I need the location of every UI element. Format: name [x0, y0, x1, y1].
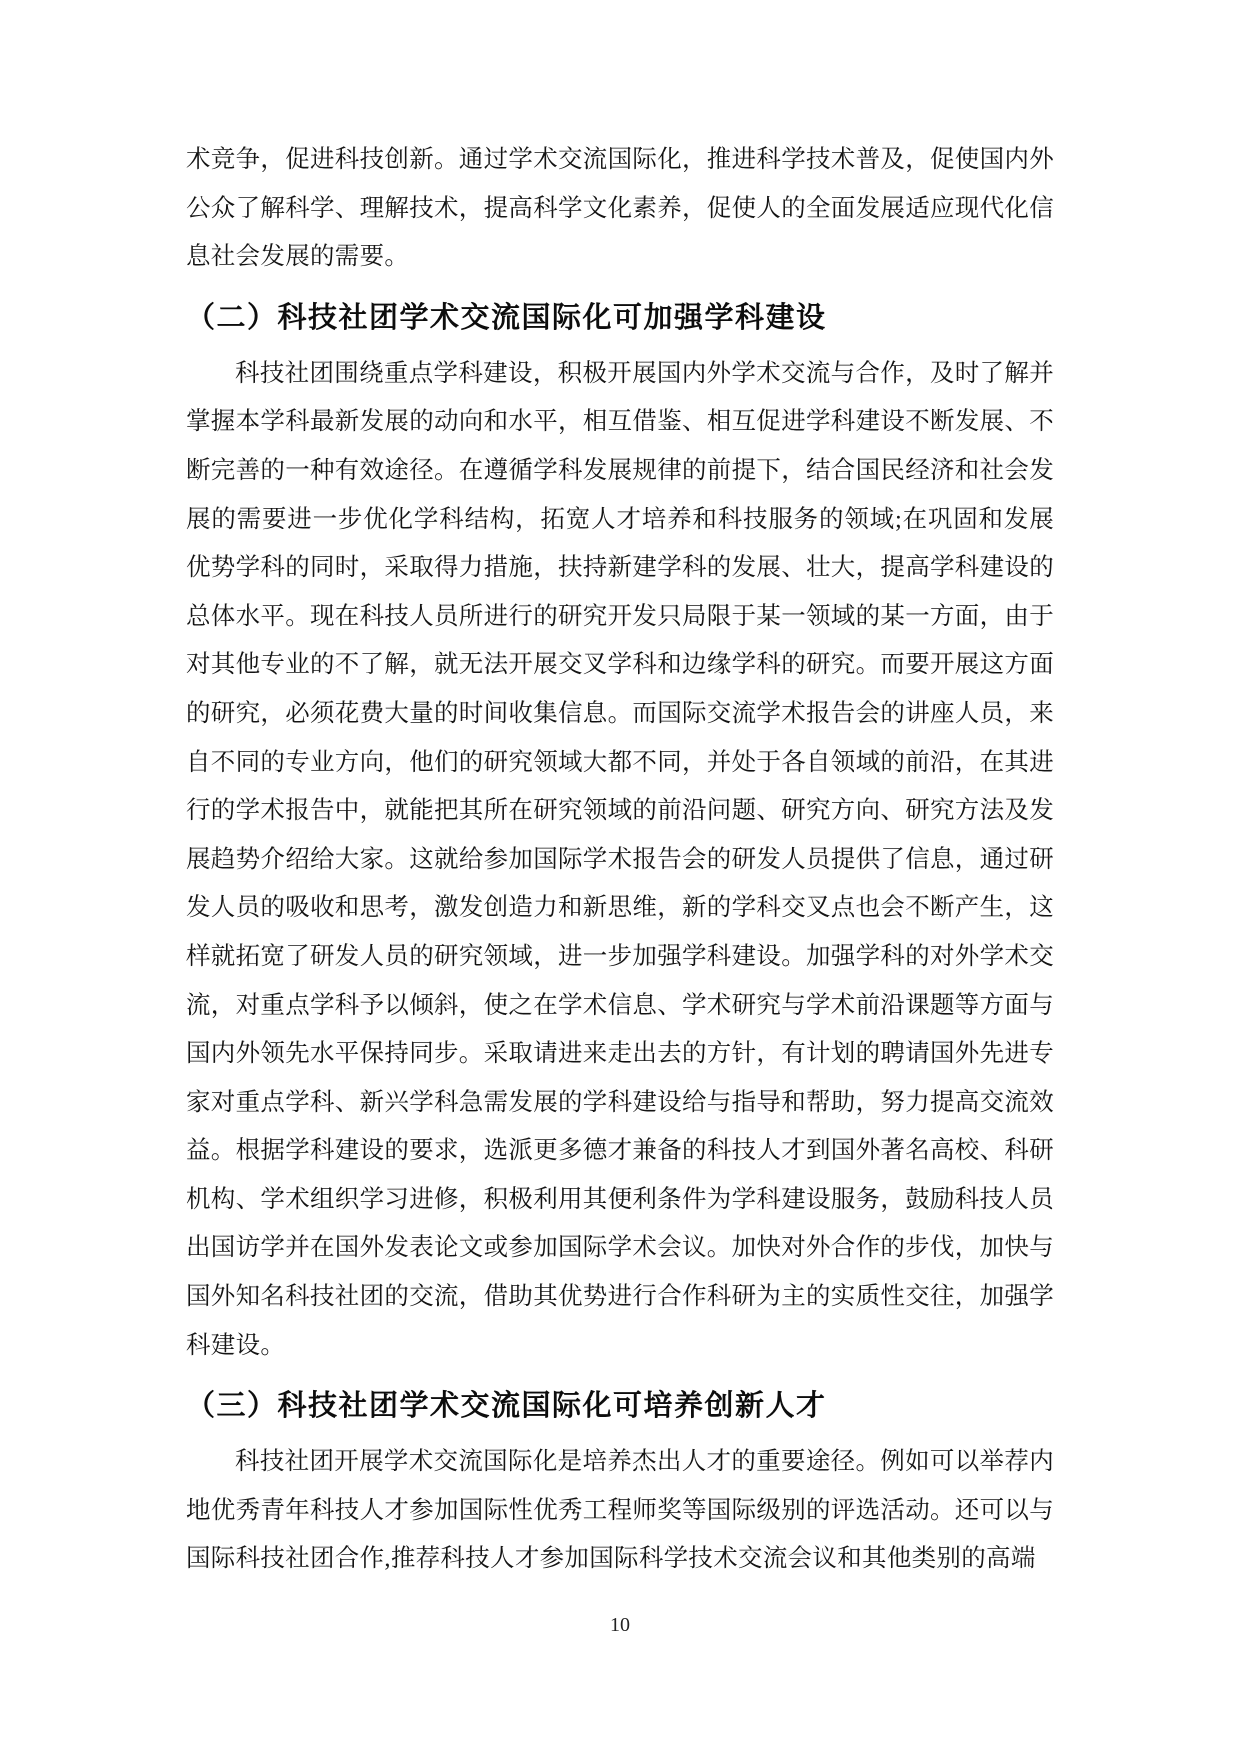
- page-number: 10: [0, 1612, 1240, 1638]
- page-content: 术竞争，促进科技创新。通过学术交流国际化，推进科学技术普及，促使国内外公众了解科…: [186, 136, 1054, 1584]
- section-heading-3: （三）科技社团学术交流国际化可培养创新人才: [186, 1384, 1054, 1428]
- paragraph-continuation: 术竞争，促进科技创新。通过学术交流国际化，推进科学技术普及，促使国内外公众了解科…: [186, 136, 1054, 282]
- section-heading-2: （二）科技社团学术交流国际化可加强学科建设: [186, 296, 1054, 340]
- section-3-body-paragraph: 科技社团开展学术交流国际化是培养杰出人才的重要途径。例如可以举荐内地优秀青年科技…: [186, 1438, 1054, 1584]
- document-page: 术竞争，促进科技创新。通过学术交流国际化，推进科学技术普及，促使国内外公众了解科…: [0, 0, 1240, 1753]
- section-2-body-paragraph: 科技社团围绕重点学科建设，积极开展国内外学术交流与合作，及时了解并掌握本学科最新…: [186, 350, 1054, 1370]
